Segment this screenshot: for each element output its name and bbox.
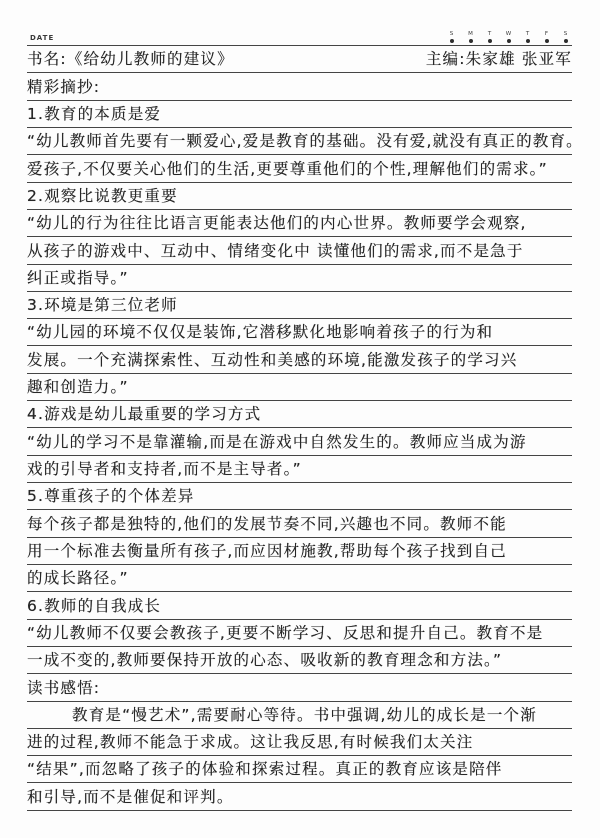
excerpt-line: “幼儿教师不仅要会教孩子,更要不断学习、反思和提升自己。教育不是: [27, 620, 572, 647]
excerpt-line: 用一个标准去衡量所有孩子,而应因材施教,帮助每个孩子找到自己: [27, 538, 572, 565]
excerpt-line: 趣和创造力。”: [27, 374, 572, 401]
weekday-letter: F: [545, 31, 548, 37]
reflection-line: 教育是“慢艺术”,需要耐心等待。书中强调,幼儿的成长是一个渐: [27, 702, 572, 729]
day-checkbox-icon: [469, 39, 473, 43]
weekday-item: W: [504, 31, 513, 43]
excerpt-line: “幼儿的学习不是靠灌输,而是在游戏中自然发生的。教师应当成为游: [27, 428, 572, 455]
day-checkbox-icon: [450, 39, 454, 43]
reflection-line: “结果”,而忽略了孩子的体验和探索过程。真正的教育应该是陪伴: [27, 756, 572, 783]
excerpt-line: 每个孩子都是独特的,他们的发展节奏不同,兴趣也不同。教师不能: [27, 510, 572, 537]
reflection-line: 和引导,而不是催促和评判。: [27, 783, 572, 810]
day-checkbox-icon: [564, 39, 568, 43]
weekday-item: M: [466, 31, 475, 43]
excerpt-line: “幼儿教师首先要有一颗爱心,爱是教育的基础。没有爱,就没有真正的教育。: [27, 128, 572, 155]
weekday-item: T: [485, 31, 494, 43]
reflection-line: 进的过程,教师不能急于求成。这让我反思,有时候我们太关注: [27, 729, 572, 756]
excerpt-line: “幼儿园的环境不仅仅是装饰,它潜移默化地影响着孩子的行为和: [27, 319, 572, 346]
excerpt-line: 的成长路径。”: [27, 565, 572, 592]
section-heading-4: 4.游戏是幼儿最重要的学习方式: [27, 401, 572, 428]
excerpt-line: 一成不变的,教师要保持开放的心态、吸收新的教育理念和方法。”: [27, 647, 572, 674]
excerpt-line: 发展。一个充满探索性、互动性和美感的环境,能激发孩子的学习兴: [27, 346, 572, 373]
page-header: DATE S M T W T F: [27, 0, 572, 45]
section-heading-5: 5.尊重孩子的个体差异: [27, 483, 572, 510]
section-heading-3: 3.环境是第三位老师: [27, 292, 572, 319]
weekday-letter: W: [506, 31, 511, 37]
weekday-letter: T: [526, 31, 529, 37]
editors: 主编:朱家雄 张亚军: [426, 47, 572, 72]
day-checkbox-icon: [545, 39, 549, 43]
section-heading-1: 1.教育的本质是爱: [27, 101, 572, 128]
reflection-section-label: 读书感悟:: [27, 674, 572, 701]
weekday-letter: S: [450, 31, 454, 37]
section-heading-2: 2.观察比说教更重要: [27, 183, 572, 210]
weekday-item: S: [447, 31, 456, 43]
book-title: 书名:《给幼儿教师的建议》: [27, 47, 234, 72]
excerpt-line: “幼儿的行为往往比语言更能表达他们的内心世界。教师要学会观察,: [27, 210, 572, 237]
excerpt-line: 从孩子的游戏中、互动中、情绪变化中 读懂他们的需求,而不是急于: [27, 237, 572, 264]
date-label: DATE: [30, 34, 54, 42]
section-heading-6: 6.教师的自我成长: [27, 592, 572, 619]
excerpt-line: 爱孩子,不仅要关心他们的生活,更要尊重他们的个性,理解他们的需求。”: [27, 155, 572, 182]
weekday-letter: T: [488, 31, 491, 37]
ruled-lines-area: 书名:《给幼儿教师的建议》 主编:朱家雄 张亚军 精彩摘抄: 1.教育的本质是爱…: [27, 45, 572, 811]
weekday-letter: M: [468, 31, 473, 37]
weekday-item: F: [542, 31, 551, 43]
excerpts-section-label: 精彩摘抄:: [27, 73, 572, 100]
title-row: 书名:《给幼儿教师的建议》 主编:朱家雄 张亚军: [27, 46, 572, 73]
notebook-page: DATE S M T W T F: [0, 0, 600, 838]
day-checkbox-icon: [507, 39, 511, 43]
weekday-tracker: S M T W T F S: [447, 31, 570, 43]
weekday-item: S: [561, 31, 570, 43]
day-checkbox-icon: [526, 39, 530, 43]
excerpt-line: 戏的引导者和支持者,而不是主导者。”: [27, 456, 572, 483]
excerpt-line: 纠正或指导。”: [27, 265, 572, 292]
weekday-item: T: [523, 31, 532, 43]
day-checkbox-icon: [488, 39, 492, 43]
weekday-letter: S: [564, 31, 568, 37]
